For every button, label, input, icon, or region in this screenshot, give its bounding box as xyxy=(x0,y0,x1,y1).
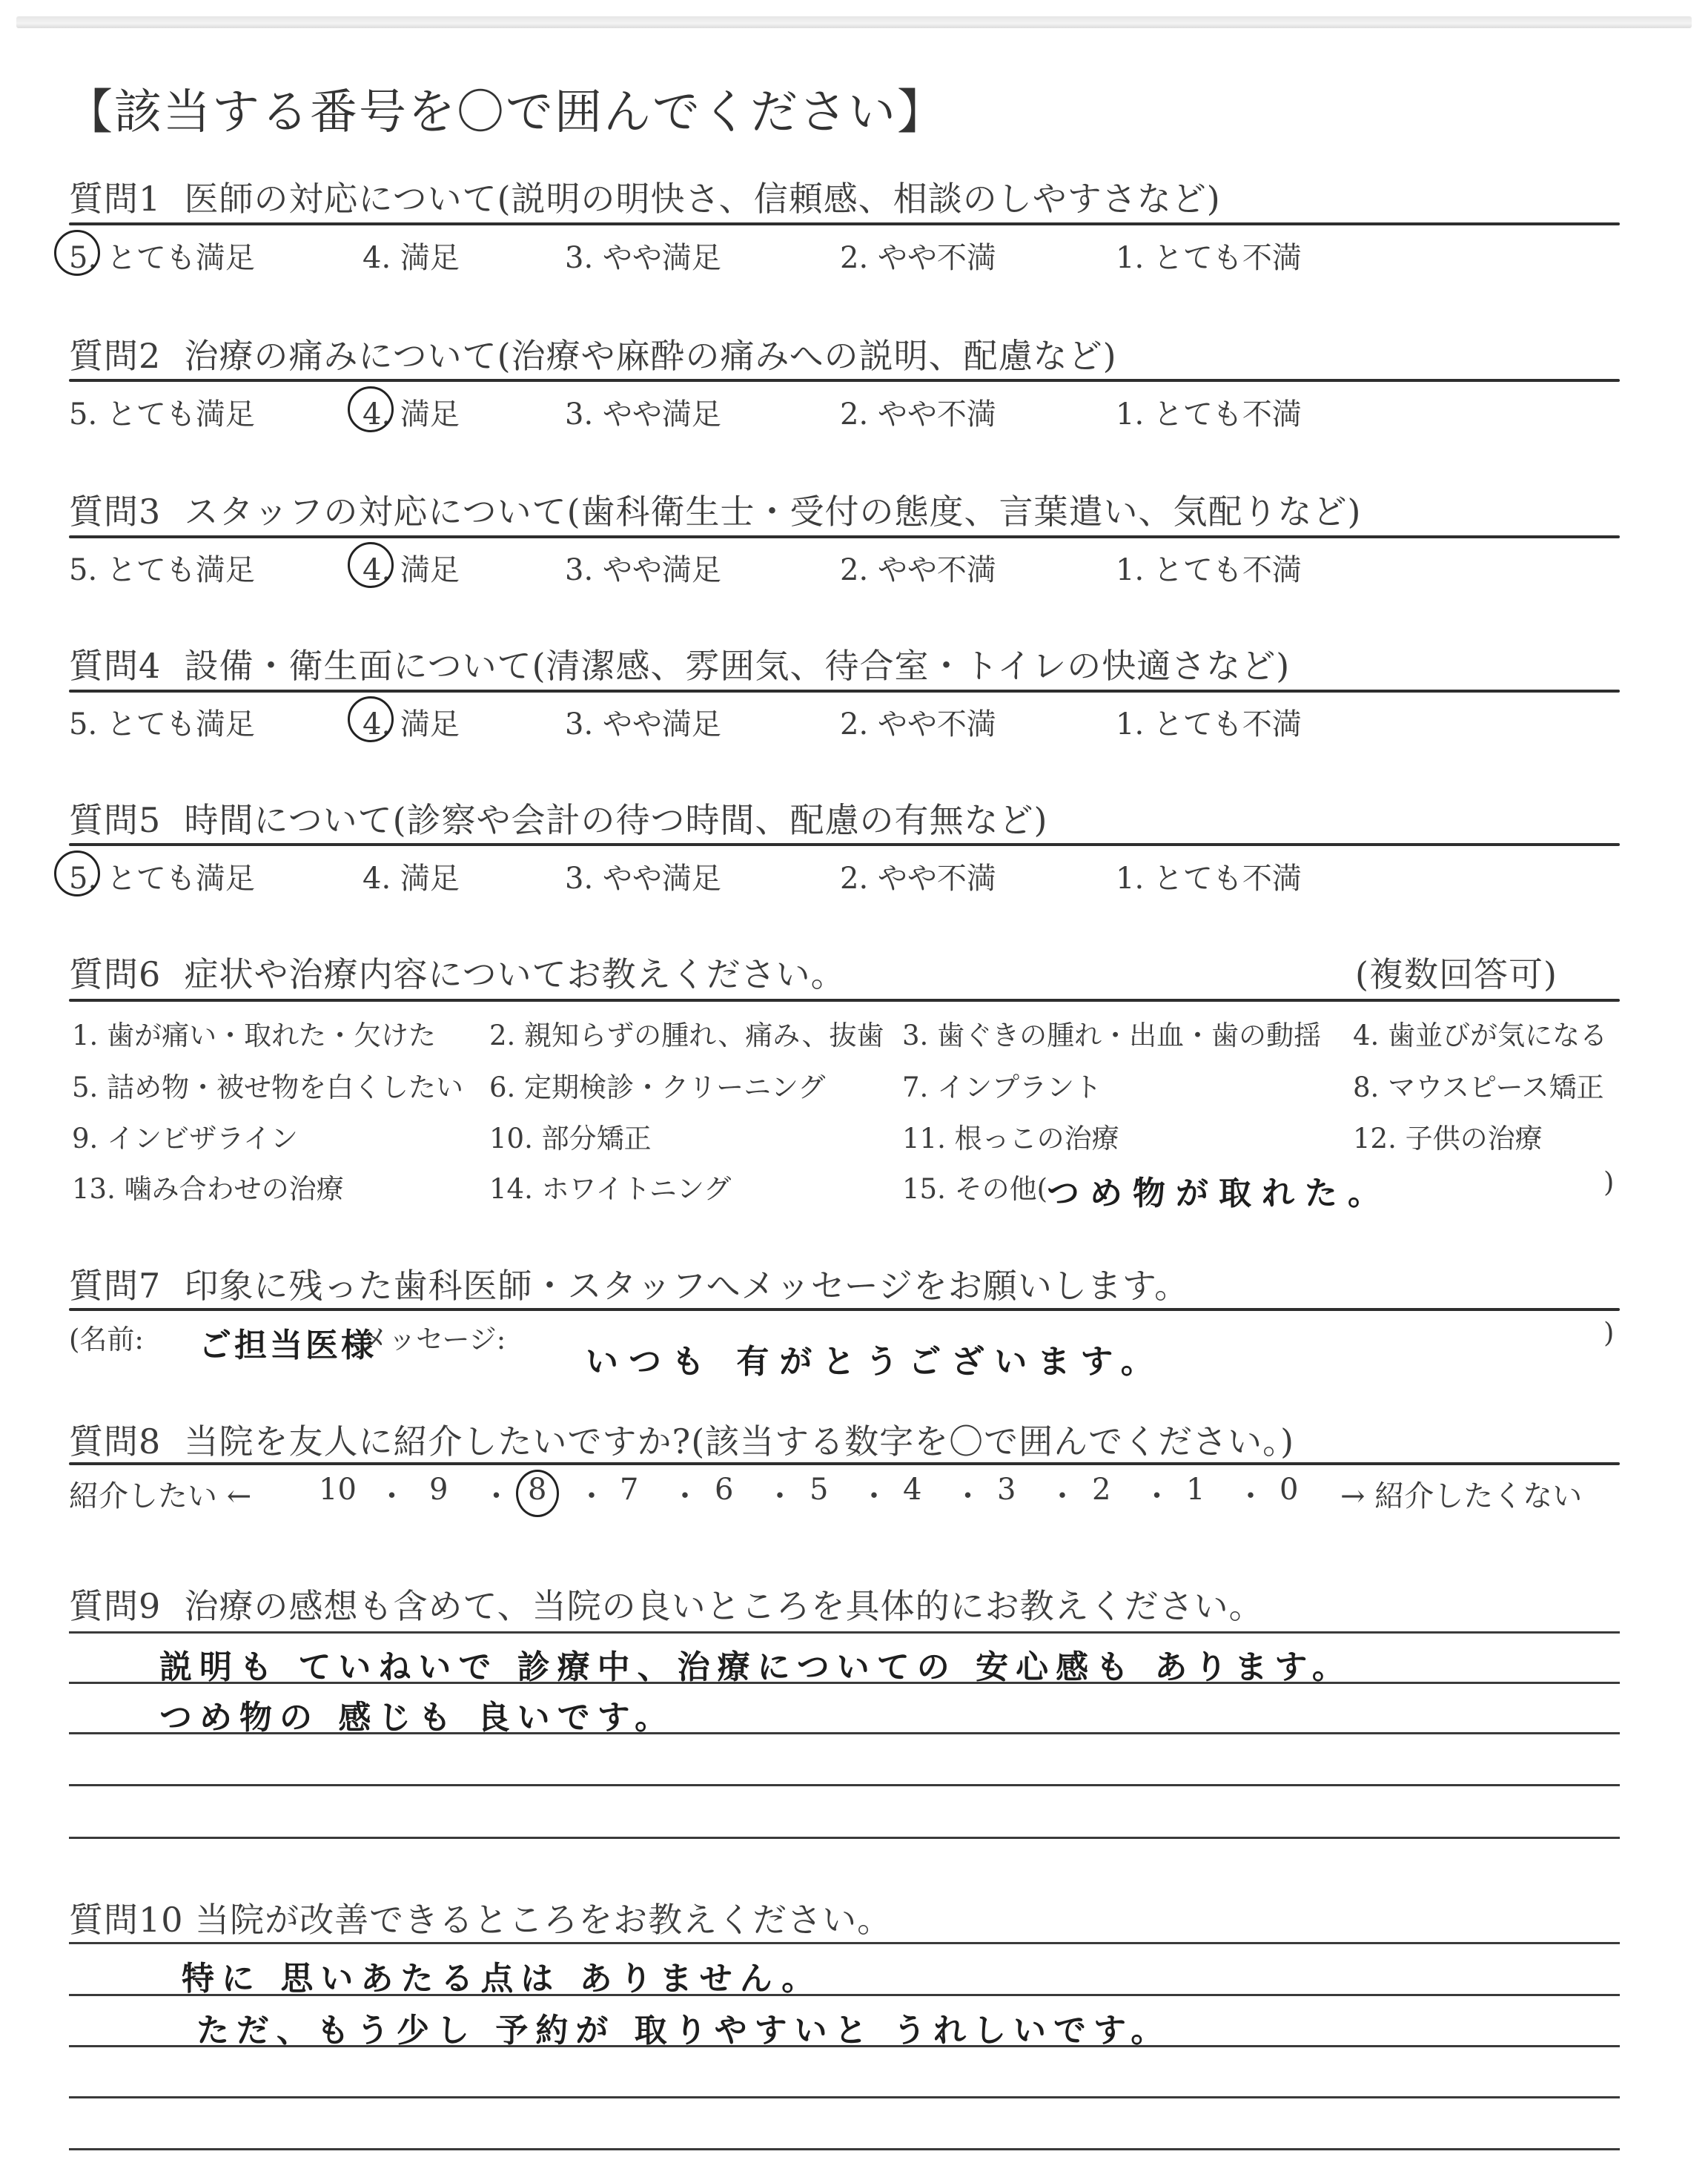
q6-option-6[interactable]: 6. 定期検診・クリーニング xyxy=(489,1065,825,1105)
selected-circle-mark xyxy=(54,851,100,896)
q7-message-value[interactable]: いつも 有がとうございます。 xyxy=(586,1335,1164,1382)
q6-text: 症状や治療内容についてお教えください。 xyxy=(185,954,846,994)
q9-rule-4 xyxy=(69,1837,1620,1839)
q3-option-1[interactable]: 1. とても不満 xyxy=(1116,546,1302,589)
spacer xyxy=(161,336,184,376)
scan-edge-bar xyxy=(16,16,1692,28)
q3-text: スタッフの対応について(歯科衛生士・受付の態度、言葉遣い、気配りなど) xyxy=(185,492,1362,532)
q9-heading: 質問9 治療の感想も含めて、当院の良いところを具体的にお教えください。 xyxy=(69,1579,1264,1628)
q10-answer-line-2[interactable]: ただ、もう少し 予約が 取りやすいと うれしいです。 xyxy=(196,2004,1171,2051)
q5-option-3[interactable]: 3. やや満足 xyxy=(565,855,721,897)
q6-option-11[interactable]: 11. 根っこの治療 xyxy=(902,1116,1119,1156)
q6-option-5[interactable]: 5. 詰め物・被せ物を白くしたい xyxy=(72,1065,463,1105)
q6-option-2[interactable]: 2. 親知らずの腫れ、痛み、抜歯 xyxy=(489,1013,884,1053)
q4-label: 質問4 xyxy=(69,646,161,686)
q2-heading: 質問2 治療の痛みについて(治療や麻酔の痛みへの説明、配慮など) xyxy=(69,329,1117,378)
q5-option-1[interactable]: 1. とても不満 xyxy=(1116,855,1302,897)
q1-text: 医師の対応について(説明の明快さ、信頼感、相談のしやすさなど) xyxy=(185,179,1221,219)
q5-rule xyxy=(69,843,1620,846)
q8-scale-4[interactable]: 4 xyxy=(903,1473,921,1507)
scale-separator-dot: ・ xyxy=(577,1473,606,1515)
q10-label: 質問10 xyxy=(69,1900,184,1940)
q8-scale-10[interactable]: 10 xyxy=(319,1473,357,1507)
scale-separator-dot: ・ xyxy=(1047,1473,1077,1515)
q9-answer-line-1[interactable]: 説明も ていねいで 診療中、治療についての 安心感も あります。 xyxy=(159,1640,1352,1688)
selected-circle-mark xyxy=(348,386,394,432)
q6-option-14[interactable]: 14. ホワイトニング xyxy=(489,1166,731,1206)
q4-option-2[interactable]: 2. やや不満 xyxy=(840,701,996,743)
q8-scale-3[interactable]: 3 xyxy=(997,1473,1016,1507)
scale-separator-dot: ・ xyxy=(765,1473,795,1515)
q6-option-15[interactable]: 15. その他( xyxy=(902,1166,1047,1206)
q6-option-3[interactable]: 3. 歯ぐきの腫れ・出血・歯の動揺 xyxy=(902,1013,1321,1053)
q6-other-answer[interactable]: つめ物が取れた。 xyxy=(1047,1166,1391,1214)
q7-name-label: (名前: xyxy=(69,1317,144,1357)
q10-rule-0 xyxy=(69,1942,1620,1944)
selected-circle-mark xyxy=(348,542,394,588)
q8-rule xyxy=(69,1462,1620,1465)
q2-label: 質問2 xyxy=(69,336,161,376)
q3-rule xyxy=(69,535,1620,538)
q8-scale-2[interactable]: 2 xyxy=(1092,1473,1110,1507)
q10-answer-line-1[interactable]: 特に 思いあたる点は ありません。 xyxy=(182,1952,821,1999)
q6-option-1[interactable]: 1. 歯が痛い・取れた・欠けた xyxy=(72,1013,436,1053)
q1-option-2[interactable]: 2. やや不満 xyxy=(840,234,996,277)
q6-option-12[interactable]: 12. 子供の治療 xyxy=(1353,1116,1543,1156)
q1-heading: 質問1 医師の対応について(説明の明快さ、信頼感、相談のしやすさなど) xyxy=(69,172,1221,221)
q7-label: 質問7 xyxy=(69,1266,161,1306)
q6-option-10[interactable]: 10. 部分矯正 xyxy=(489,1116,652,1156)
q2-text: 治療の痛みについて(治療や麻酔の痛みへの説明、配慮など) xyxy=(185,336,1117,376)
q1-label: 質問1 xyxy=(69,179,161,219)
q8-heading: 質問8 当院を友人に紹介したいですか?(該当する数字を〇で囲んでください。) xyxy=(69,1415,1294,1464)
scale-separator-dot: ・ xyxy=(1142,1473,1172,1515)
q5-text: 時間について(診察や会計の待つ時間、配慮の有無など) xyxy=(185,800,1048,840)
q6-label: 質問6 xyxy=(69,954,161,994)
q8-scale-5[interactable]: 5 xyxy=(810,1473,828,1507)
scale-separator-dot: ・ xyxy=(482,1473,512,1515)
q3-option-2[interactable]: 2. やや不満 xyxy=(840,546,996,589)
q6-option-4[interactable]: 4. 歯並びが気になる xyxy=(1353,1013,1607,1053)
q7-heading: 質問7 印象に残った歯科医師・スタッフへメッセージをお願いします。 xyxy=(69,1259,1189,1308)
spacer xyxy=(161,492,184,532)
selected-circle-mark xyxy=(516,1470,559,1517)
q4-text: 設備・衛生面について(清潔感、雰囲気、待合室・トイレの快適さなど) xyxy=(185,646,1291,686)
q1-option-3[interactable]: 3. やや満足 xyxy=(565,234,721,277)
q4-option-5[interactable]: 5. とても満足 xyxy=(69,701,255,743)
q10-rule-3 xyxy=(69,2096,1620,2098)
q8-label: 質問8 xyxy=(69,1421,161,1462)
q8-scale-6[interactable]: 6 xyxy=(715,1473,733,1507)
q6-multiple-note: (複数回答可) xyxy=(1355,948,1558,997)
q4-option-3[interactable]: 3. やや満足 xyxy=(565,701,721,743)
q6-option-13[interactable]: 13. 噛み合わせの治療 xyxy=(72,1166,344,1206)
q6-close-paren: ) xyxy=(1603,1166,1614,1198)
q5-heading: 質問5 時間について(診察や会計の待つ時間、配慮の有無など) xyxy=(69,793,1048,842)
scale-separator-dot: ・ xyxy=(377,1473,407,1515)
q2-option-5[interactable]: 5. とても満足 xyxy=(69,391,255,433)
q4-rule xyxy=(69,690,1620,693)
selected-circle-mark xyxy=(348,696,394,742)
q6-rule xyxy=(69,999,1620,1002)
q3-label: 質問3 xyxy=(69,492,161,532)
selected-circle-mark xyxy=(54,230,100,276)
q10-heading: 質問10 当院が改善できるところをお教えください。 xyxy=(69,1893,892,1942)
spacer xyxy=(161,800,184,840)
scale-separator-dot: ・ xyxy=(859,1473,889,1515)
q3-option-3[interactable]: 3. やや満足 xyxy=(565,546,721,589)
q9-answer-line-2[interactable]: つめ物の 感じも 良いです。 xyxy=(159,1691,675,1738)
q8-text: 当院を友人に紹介したいですか?(該当する数字を〇で囲んでください。) xyxy=(185,1421,1295,1462)
q4-heading: 質問4 設備・衛生面について(清潔感、雰囲気、待合室・トイレの快適さなど) xyxy=(69,639,1290,688)
q7-name-value[interactable]: ご担当医様 xyxy=(199,1318,377,1366)
scale-separator-dot: ・ xyxy=(1236,1473,1265,1515)
spacer xyxy=(161,179,184,219)
q8-scale-0[interactable]: 0 xyxy=(1280,1473,1298,1507)
q4-option-1[interactable]: 1. とても不満 xyxy=(1116,701,1302,743)
scale-separator-dot: ・ xyxy=(953,1473,983,1515)
q8-scale-9[interactable]: 9 xyxy=(429,1473,448,1507)
page-title: 【該当する番号を〇で囲んでください】 xyxy=(65,74,946,142)
q3-option-5[interactable]: 5. とても満足 xyxy=(69,546,255,589)
q1-rule xyxy=(69,222,1620,225)
q2-option-1[interactable]: 1. とても不満 xyxy=(1116,391,1302,433)
q5-option-4[interactable]: 4. 満足 xyxy=(363,855,460,897)
q8-scale-1[interactable]: 1 xyxy=(1186,1473,1205,1507)
q2-rule xyxy=(69,379,1620,382)
q7-message-label: メッセージ: xyxy=(361,1317,506,1357)
q9-text: 治療の感想も含めて、当院の良いところを具体的にお教えください。 xyxy=(185,1586,1264,1626)
q8-right-label: → 紹介したくない xyxy=(1340,1473,1582,1515)
q9-rule-0 xyxy=(69,1631,1620,1634)
q9-rule-3 xyxy=(69,1784,1620,1786)
q6-option-7[interactable]: 7. インプラント xyxy=(902,1065,1102,1105)
q8-scale-7[interactable]: 7 xyxy=(620,1473,638,1507)
q5-option-2[interactable]: 2. やや不満 xyxy=(840,855,996,897)
scale-separator-dot: ・ xyxy=(670,1473,700,1515)
q7-rule xyxy=(69,1308,1620,1311)
q2-option-3[interactable]: 3. やや満足 xyxy=(565,391,721,433)
q1-option-4[interactable]: 4. 満足 xyxy=(363,234,460,277)
q10-text: 当院が改善できるところをお教えください。 xyxy=(195,1900,892,1940)
q6-heading: 質問6 症状や治療内容についてお教えください。 xyxy=(69,948,846,997)
q6-option-8[interactable]: 8. マウスピース矯正 xyxy=(1353,1065,1604,1105)
spacer xyxy=(161,646,184,686)
q3-heading: 質問3 スタッフの対応について(歯科衛生士・受付の態度、言葉遣い、気配りなど) xyxy=(69,485,1362,534)
q7-close-paren: ) xyxy=(1603,1317,1614,1349)
q8-left-label: 紹介したい ← xyxy=(69,1473,251,1515)
q9-label: 質問9 xyxy=(69,1586,161,1626)
q2-option-2[interactable]: 2. やや不満 xyxy=(840,391,996,433)
q1-option-1[interactable]: 1. とても不満 xyxy=(1116,234,1302,277)
q5-label: 質問5 xyxy=(69,800,161,840)
q6-option-9[interactable]: 9. インビザライン xyxy=(72,1116,298,1156)
q7-text: 印象に残った歯科医師・スタッフへメッセージをお願いします。 xyxy=(185,1266,1190,1306)
q10-rule-4 xyxy=(69,2148,1620,2150)
